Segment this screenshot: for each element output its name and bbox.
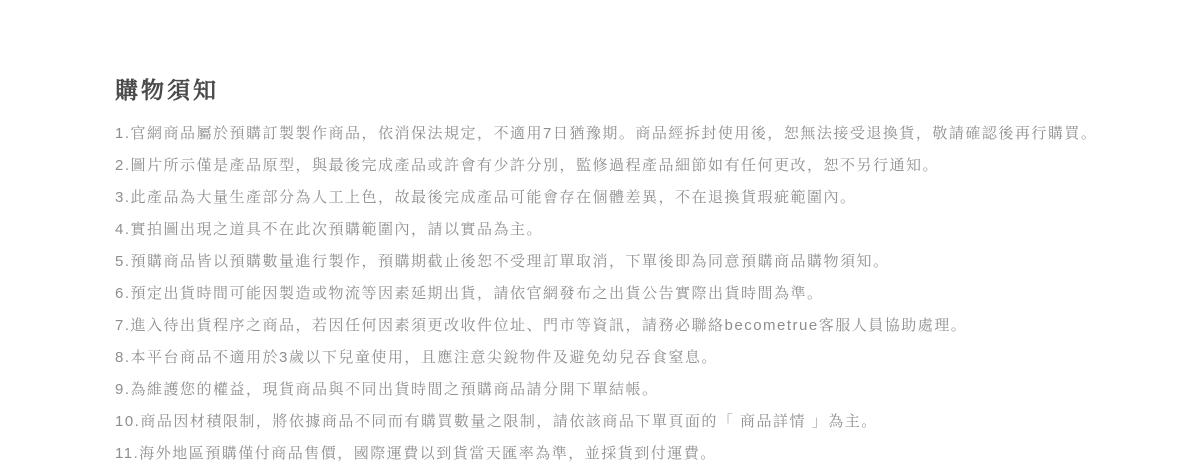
shopping-notice-page: 購物須知 1.官網商品屬於預購訂製製作商品，依消保法規定，不適用7日猶豫期。商品… — [0, 0, 1200, 476]
notice-item: 6.預定出貨時間可能因製造或物流等因素延期出貨，請依官網發布之出貨公告實際出貨時… — [115, 278, 1160, 310]
notice-list: 1.官網商品屬於預購訂製製作商品，依消保法規定，不適用7日猶豫期。商品經拆封使用… — [115, 118, 1160, 470]
notice-item: 8.本平台商品不適用於3歲以下兒童使用，且應注意尖銳物件及避免幼兒吞食窒息。 — [115, 342, 1160, 374]
notice-item: 10.商品因材積限制，將依據商品不同而有購買數量之限制，請依該商品下單頁面的「 … — [115, 406, 1160, 438]
notice-item: 5.預購商品皆以預購數量進行製作，預購期截止後恕不受理訂單取消，下單後即為同意預… — [115, 246, 1160, 278]
notice-item: 9.為維護您的權益，現貨商品與不同出貨時間之預購商品請分開下單結帳。 — [115, 374, 1160, 406]
notice-item: 7.進入待出貨程序之商品，若因任何因素須更改收件位址、門市等資訊，請務必聯絡be… — [115, 310, 1160, 342]
notice-item: 2.圖片所示僅是產品原型，與最後完成產品或許會有少許分別，監修過程產品細節如有任… — [115, 150, 1160, 182]
notice-item: 4.實拍圖出現之道具不在此次預購範圍內，請以實品為主。 — [115, 214, 1160, 246]
notice-item: 3.此產品為大量生產部分為人工上色，故最後完成產品可能會存在個體差異，不在退換貨… — [115, 182, 1160, 214]
notice-item: 11.海外地區預購僅付商品售價，國際運費以到貨當天匯率為準，並採貨到付運費。 — [115, 438, 1160, 470]
page-title: 購物須知 — [115, 76, 1160, 104]
notice-item: 1.官網商品屬於預購訂製製作商品，依消保法規定，不適用7日猶豫期。商品經拆封使用… — [115, 118, 1160, 150]
